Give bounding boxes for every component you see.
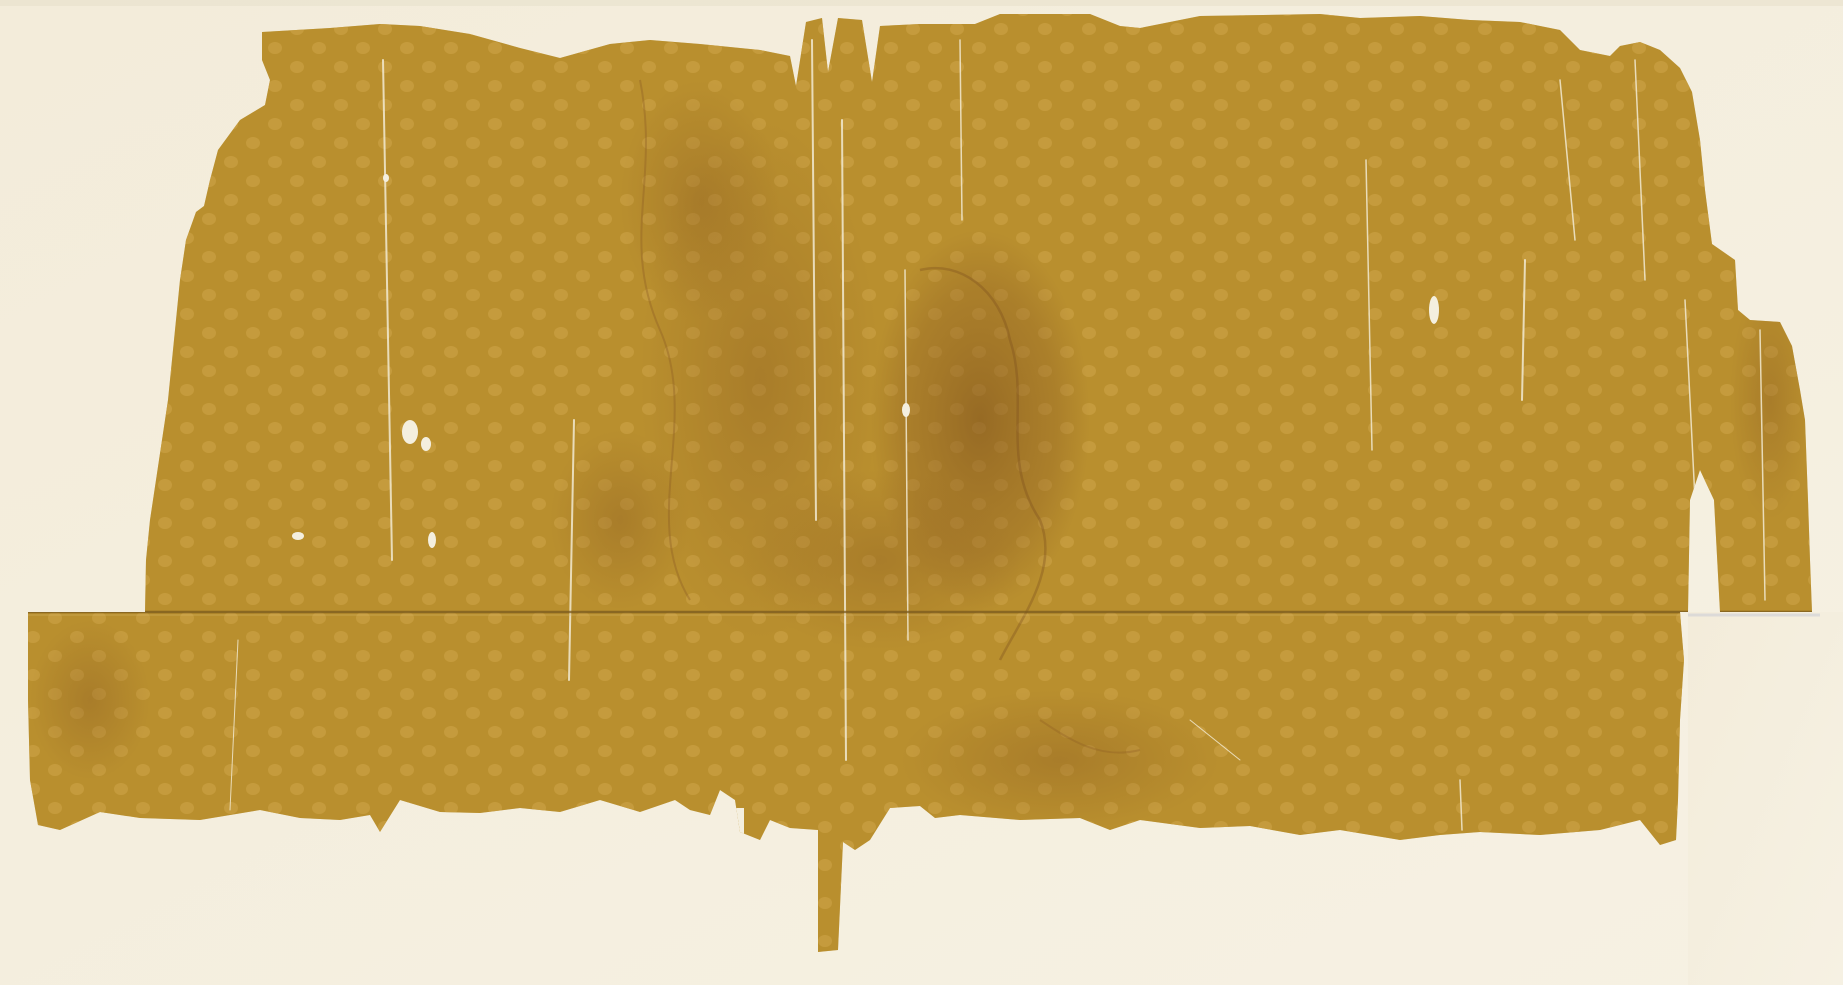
textile-photograph [0, 0, 1843, 985]
textile-fragment-svg [0, 0, 1843, 985]
